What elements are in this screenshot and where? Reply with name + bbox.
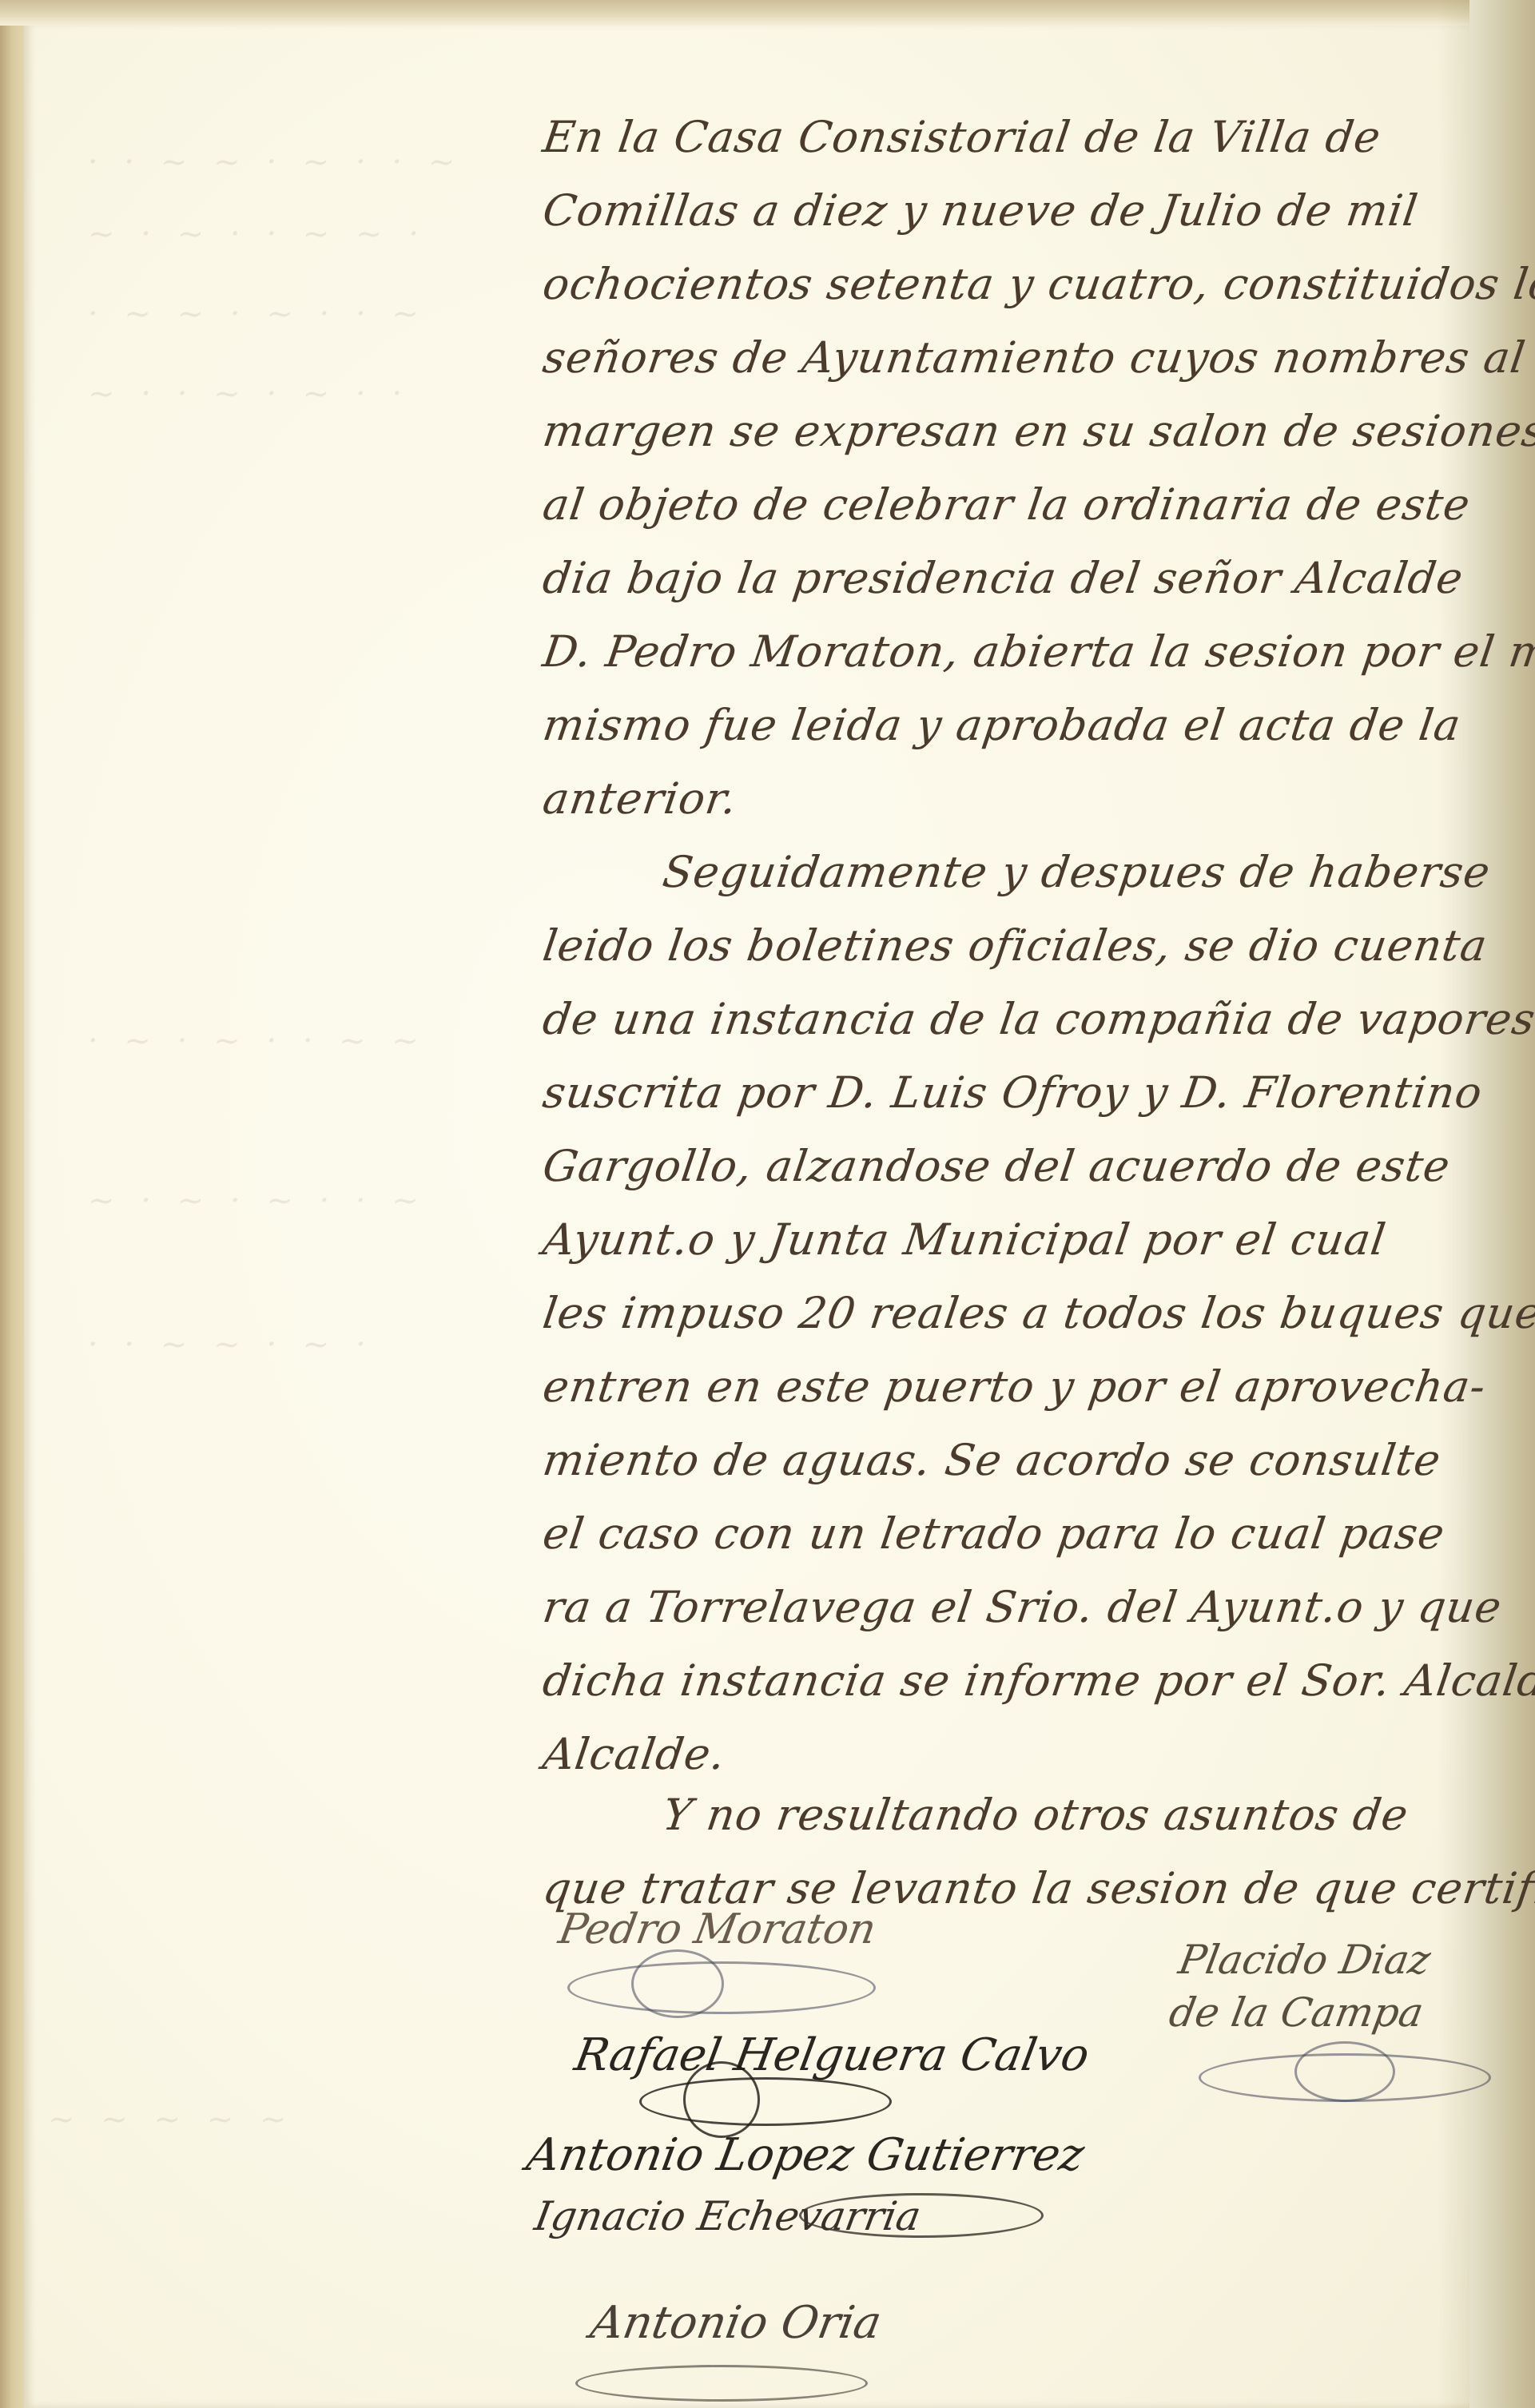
bleed-through-line: ~ · · ~ · ~ · · xyxy=(88,376,410,412)
text-line: leido los boletines oficiales, se dio cu… xyxy=(540,920,1491,971)
text-line: suscrita por D. Luis Ofroy y D. Florenti… xyxy=(540,1067,1486,1118)
paragraph-start-line: Seguidamente y despues de haberse xyxy=(660,847,1494,897)
text-line: dicha instancia se informe por el Sor. A… xyxy=(540,1655,1535,1706)
bleed-through-line: · ~ ~ · ~ · · ~ xyxy=(88,296,427,332)
text-line: D. Pedro Moraton, abierta la sesion por … xyxy=(540,626,1535,677)
text-line: mismo fue leida y aprobada el acta de la xyxy=(540,700,1465,750)
bleed-through-line: · · ~ ~ · ~ · · ~ xyxy=(88,144,463,181)
text-line: dia bajo la presidencia del señor Alcald… xyxy=(540,553,1467,603)
signature-placido-diaz: Placido Diaz de la Campa xyxy=(1165,1933,1447,2039)
signature-antonio-lopez: Antonio Lopez Gutierrez xyxy=(523,2129,1088,2181)
bleed-through-line: ~ · ~ · ~ · · ~ xyxy=(88,1182,427,1219)
rubric-flourish xyxy=(1294,2041,1395,2102)
text-line: Gargollo, alzandose del acuerdo de este xyxy=(540,1141,1453,1191)
text-line: anterior. xyxy=(540,773,741,824)
text-line: les impuso 20 reales a todos los buques … xyxy=(540,1288,1535,1338)
bleed-through-line: · · ~ ~ · ~ · xyxy=(88,1326,374,1363)
text-line: Ayunt.o y Junta Municipal por el cual xyxy=(540,1214,1390,1265)
text-line: entren en este puerto y por el aprovecha… xyxy=(540,1361,1489,1412)
text-line: el caso con un letrado para lo cual pase xyxy=(540,1508,1449,1559)
rubric-flourish xyxy=(575,2365,868,2402)
text-line: señores de Ayuntamiento cuyos nombres al xyxy=(540,332,1529,383)
text-line: de una instancia de la compañia de vapor… xyxy=(540,994,1535,1044)
rubric-flourish xyxy=(683,2061,760,2138)
text-line: En la Casa Consistorial de la Villa de xyxy=(540,112,1385,162)
paragraph-start-line: Y no resultando otros asuntos de xyxy=(660,1790,1412,1840)
text-line: ochocientos setenta y cuatro, constituid… xyxy=(540,259,1535,309)
top-page-edge xyxy=(0,0,1535,26)
rubric-flourish xyxy=(631,1949,724,2018)
rubric-flourish xyxy=(639,2077,892,2126)
text-line: ra a Torrelavega el Srio. del Ayunt.o y … xyxy=(540,1582,1505,1632)
signature-pedro-moraton: Pedro Moraton xyxy=(555,1905,880,1953)
bleed-through-line: ~ · ~ · · ~ ~ · xyxy=(88,216,427,252)
signature-antonio-oria: Antonio Oria xyxy=(587,2297,885,2349)
text-line: margen se expresan en su salon de sesion… xyxy=(540,406,1535,456)
signature-ignacio: Ignacio Echevarria xyxy=(531,2193,925,2239)
text-line: miento de aguas. Se acordo se consulte xyxy=(540,1435,1445,1485)
bleed-through-line: · ~ · ~ · · ~ ~ xyxy=(88,1023,427,1059)
signature-rafael: Rafael Helguera Calvo xyxy=(571,2029,1093,2081)
text-line: Comillas a diez y nueve de Julio de mil xyxy=(540,185,1422,236)
bleed-through-signature: ~ ~ ~ ~ ~ xyxy=(48,2101,294,2138)
text-line: al objeto de celebrar la ordinaria de es… xyxy=(540,479,1474,530)
text-line: Alcalde. xyxy=(540,1729,730,1779)
